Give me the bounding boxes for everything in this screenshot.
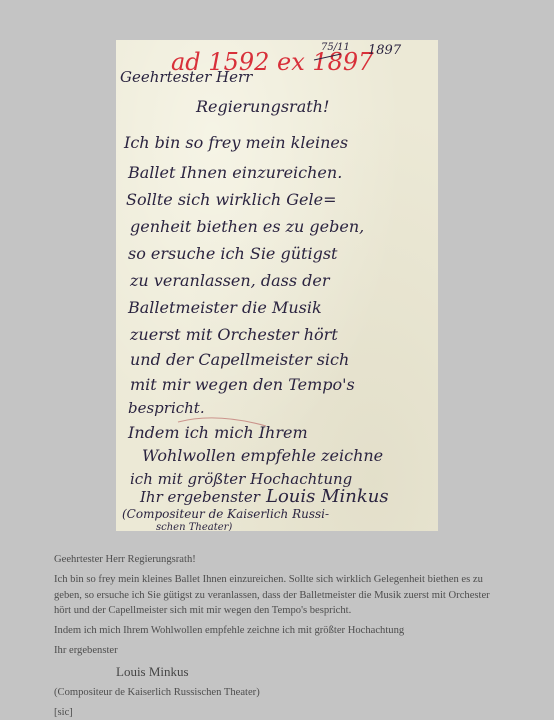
handwritten-letter-image: ad 1592 ex 1897 75/11 1897 Geehrtester H… xyxy=(116,40,438,531)
handwritten-line: Balletmeister die Musik xyxy=(127,298,322,317)
handwritten-line: Ballet Ihnen einzureichen. xyxy=(127,163,342,182)
handwritten-lines: Geehrtester HerrRegierungsrath!Ich bin s… xyxy=(120,68,389,531)
transcription-paragraph-1: Ich bin so frey mein kleines Ballet Ihne… xyxy=(54,572,504,618)
transcription-salutation: Geehrtester Herr Regierungsrath! xyxy=(54,552,504,567)
handwritten-line: so ersuche ich Sie gütigst xyxy=(128,244,338,263)
handwritten-signature: Louis Minkus xyxy=(265,486,389,507)
handwritten-line: Regierungsrath! xyxy=(195,97,329,116)
handwritten-line: (Compositeur de Kaiserlich Russi- xyxy=(122,507,329,521)
handwritten-line: Indem ich mich Ihrem xyxy=(127,423,308,442)
transcription-signature: Louis Minkus xyxy=(54,664,504,679)
handwritten-line: Sollte sich wirklich Gele= xyxy=(126,190,336,209)
handwritten-line: Ich bin so frey mein kleines xyxy=(123,133,348,152)
transcription-block: Geehrtester Herr Regierungsrath! Ich bin… xyxy=(54,552,504,720)
transcription-closing: Ihr ergebenster xyxy=(54,643,504,658)
annotation-date-fraction: 75/11 xyxy=(321,42,350,53)
handwritten-line: zu veranlassen, dass der xyxy=(129,271,331,290)
handwritten-line: bespricht. xyxy=(128,399,205,417)
handwritten-line: mit mir wegen den Tempo's xyxy=(130,375,355,394)
handwriting-svg: ad 1592 ex 1897 75/11 1897 Geehrtester H… xyxy=(116,40,438,531)
annotation-date-year: 1897 xyxy=(368,43,402,58)
handwritten-line: zuerst mit Orchester hört xyxy=(129,325,338,344)
handwritten-line: Geehrtester Herr xyxy=(120,68,253,86)
handwritten-line: und der Capellmeister sich xyxy=(130,350,349,369)
handwritten-line: schen Theater) xyxy=(156,522,232,531)
transcription-paragraph-2: Indem ich mich Ihrem Wohlwollen empfehle… xyxy=(54,623,504,638)
transcription-note: [sic] xyxy=(54,705,504,720)
handwritten-line: Wohlwollen empfehle zeichne xyxy=(142,446,383,465)
handwritten-line: genheit biethen es zu geben, xyxy=(130,217,364,236)
transcription-title: (Compositeur de Kaiserlich Russischen Th… xyxy=(54,685,504,700)
handwritten-line: Ihr ergebenster xyxy=(139,488,261,506)
